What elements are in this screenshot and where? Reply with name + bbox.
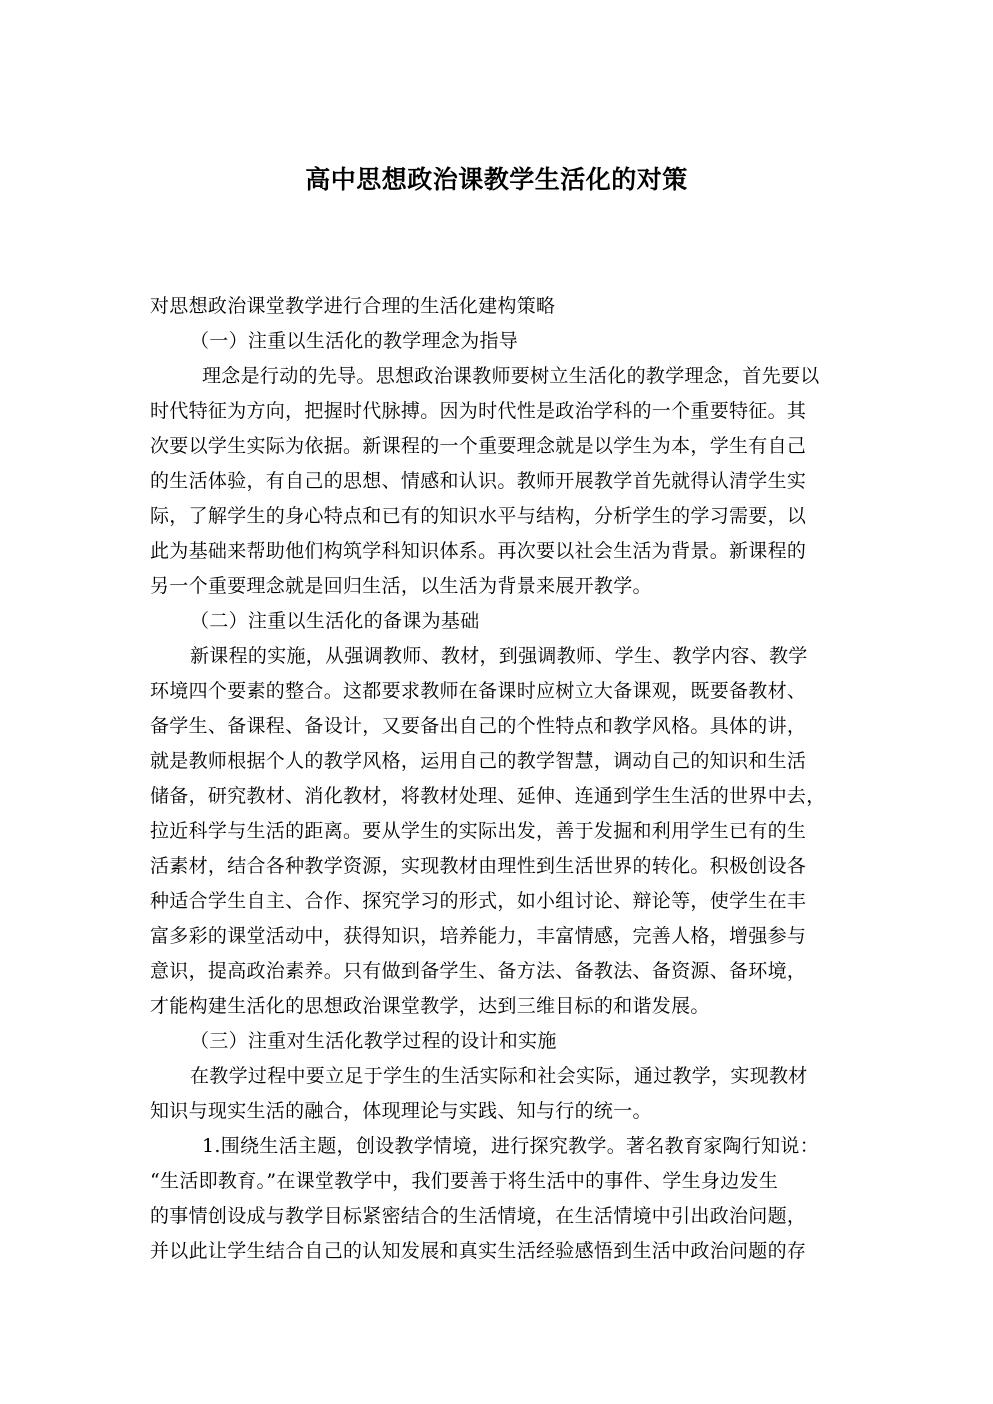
document-body: 对思想政治课堂教学进行合理的生活化建构策略 （一）注重以生活化的教学理念为指导 … [150, 289, 833, 1269]
paragraph-line: 次要以学生实际为依据。新课程的一个重要理念就是以学生为本，学生有自己 [150, 429, 833, 464]
paragraph-line: 并以此让学生结合自己的认知发展和真实生活经验感悟到生活中政治问题的存 [150, 1234, 833, 1269]
paragraph-line: 富多彩的课堂活动中，获得知识，培养能力，丰富情感，完善人格，增强参与 [150, 919, 833, 954]
document-title: 高中思想政治课教学生活化的对策 [0, 160, 993, 196]
paragraph-line: 意识，提高政治素养。只有做到备学生、备方法、备教法、备资源、备环境， [150, 954, 833, 989]
numbered-item-1: 1.围绕生活主题，创设教学情境，进行探究教学。著名教育家陶行知说： [150, 1129, 833, 1164]
paragraph-line: 环境四个要素的整合。这都要求教师在备课时应树立大备课观，既要备教材、 [150, 674, 833, 709]
paragraph-line: 另一个重要理念就是回归生活，以生活为背景来展开教学。 [150, 569, 833, 604]
paragraph-line: 备学生、备课程、备设计，又要备出自己的个性特点和教学风格。具体的讲， [150, 709, 833, 744]
paragraph-line: 知识与现实生活的融合，体现理论与实践、知与行的统一。 [150, 1094, 833, 1129]
paragraph-line: 储备，研究教材、消化教材，将教材处理、延伸、连通到学生生活的世界中去， [150, 779, 833, 814]
paragraph-line: 理念是行动的先导。思想政治课教师要树立生活化的教学理念，首先要以 [150, 359, 833, 394]
paragraph-line: 际，了解学生的身心特点和已有的知识水平与结构，分析学生的学习需要，以 [150, 499, 833, 534]
paragraph-line: 新课程的实施，从强调教师、教材，到强调教师、学生、教学内容、教学 [150, 639, 833, 674]
paragraph-line: 的生活体验，有自己的思想、情感和认识。教师开展教学首先就得认清学生实 [150, 464, 833, 499]
document-page: 高中思想政治课教学生活化的对策 对思想政治课堂教学进行合理的生活化建构策略 （一… [0, 0, 993, 1404]
paragraph-line: 在教学过程中要立足于学生的生活实际和社会实际，通过教学，实现教材 [150, 1059, 833, 1094]
paragraph-line: “生活即教育。”在课堂教学中，我们要善于将生活中的事件、学生身边发生 [150, 1164, 833, 1199]
paragraph-line: 种适合学生自主、合作、探究学习的形式，如小组讨论、辩论等，使学生在丰 [150, 884, 833, 919]
paragraph-line: 拉近科学与生活的距离。要从学生的实际出发，善于发掘和利用学生已有的生 [150, 814, 833, 849]
paragraph-line: 时代特征为方向，把握时代脉搏。因为时代性是政治学科的一个重要特征。其 [150, 394, 833, 429]
paragraph-line: 就是教师根据个人的教学风格，运用自己的教学智慧，调动自己的知识和生活 [150, 744, 833, 779]
paragraph-line: 才能构建生活化的思想政治课堂教学，达到三维目标的和谐发展。 [150, 989, 833, 1024]
paragraph-line: 活素材，结合各种教学资源，实现教材由理性到生活世界的转化。积极创设各 [150, 849, 833, 884]
paragraph-line: 此为基础来帮助他们构筑学科知识体系。再次要以社会生活为背景。新课程的 [150, 534, 833, 569]
section-intro-line: 对思想政治课堂教学进行合理的生活化建构策略 [150, 289, 833, 324]
section-heading-3: （三）注重对生活化教学过程的设计和实施 [150, 1024, 833, 1059]
section-heading-1: （一）注重以生活化的教学理念为指导 [150, 324, 833, 359]
section-heading-2: （二）注重以生活化的备课为基础 [150, 604, 833, 639]
paragraph-line: 的事情创设成与教学目标紧密结合的生活情境，在生活情境中引出政治问题， [150, 1199, 833, 1234]
